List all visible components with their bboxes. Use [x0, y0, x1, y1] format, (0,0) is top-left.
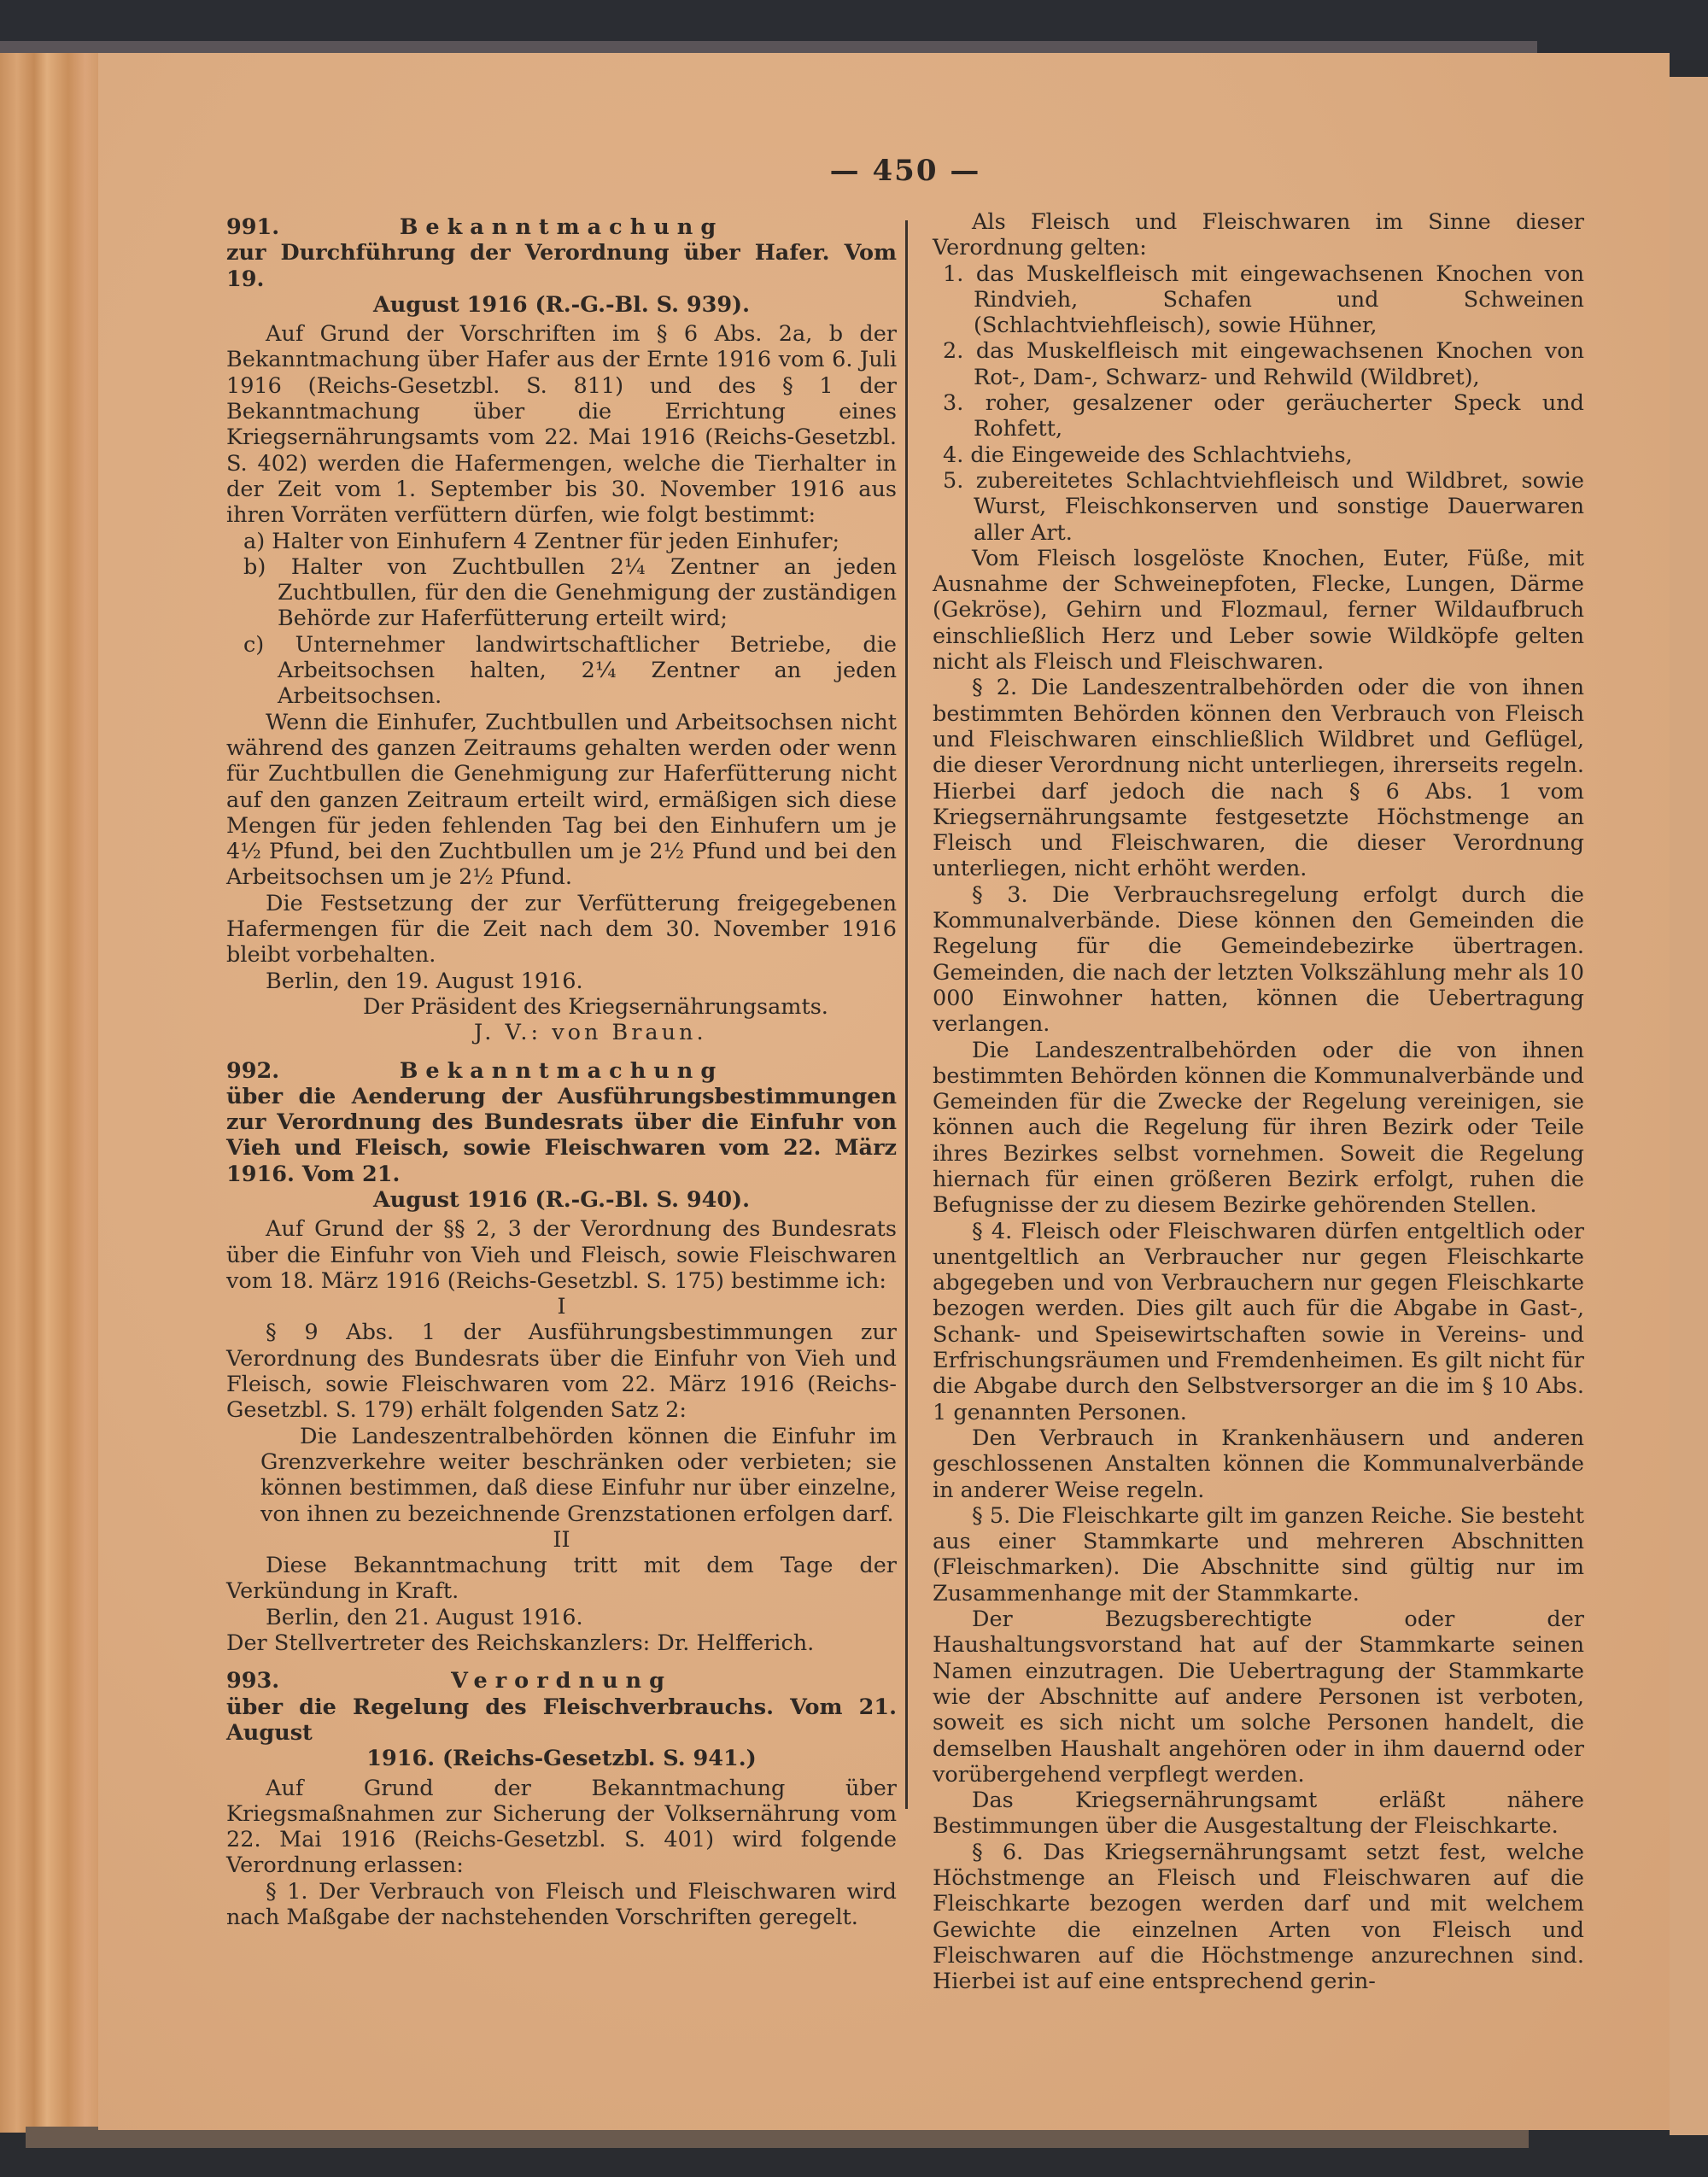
paragraph-section-2: § 2. Die Landeszentralbehörden oder die … — [933, 675, 1584, 881]
paragraph: § 9 Abs. 1 der Ausführungsbestimmungen z… — [226, 1320, 897, 1423]
quoted-sentence: Die Landeszentralbehörden können die Ein… — [226, 1424, 897, 1527]
paragraph-section-5: § 5. Die Fleischkarte gilt im ganzen Rei… — [933, 1503, 1584, 1606]
section-subtitle: über die Aenderung der Ausführungsbestim… — [226, 1084, 897, 1213]
paragraph-section-1: § 1. Der Verbrauch von Fleisch und Fleis… — [226, 1879, 897, 1931]
paragraph-section-4: § 4. Fleisch oder Fleischwaren dürfen en… — [933, 1219, 1584, 1425]
page-stack-edge — [0, 53, 102, 2133]
list-item-2: 2. das Muskelfleisch mit eingewachsenen … — [933, 338, 1584, 390]
section-number: 991. — [226, 214, 329, 240]
subtitle-line: 1916. (Reichs-Gesetzbl. S. 941.) — [226, 1746, 897, 1771]
roman-numeral: II — [226, 1527, 897, 1553]
paragraph-section-6: § 6. Das Kriegsernährungsamt setzt fest,… — [933, 1840, 1584, 1995]
list-item-c: c) Unternehmer landwirtschaftlicher Betr… — [226, 632, 897, 710]
paragraph: Wenn die Einhufer, Zuchtbullen und Arbei… — [226, 710, 897, 891]
roman-numeral: I — [226, 1294, 897, 1320]
subtitle-line: über die Regelung des Fleischverbrauchs.… — [226, 1694, 897, 1746]
subtitle-line: August 1916 (R.-G.-Bl. S. 939). — [226, 292, 897, 318]
left-column: 991. Bekanntmachung zur Durchführung der… — [226, 209, 897, 1930]
signature-role: Der Präsident des Kriegsernährungsamts. — [226, 994, 897, 1020]
paragraph: Vom Fleisch losgelöste Knochen, Euter, F… — [933, 546, 1584, 675]
section-992: 992. Bekanntmachung über die Aenderung d… — [226, 1058, 897, 1657]
list-item-1: 1. das Muskelfleisch mit eingewachsenen … — [933, 261, 1584, 339]
list-item-3: 3. roher, gesalzener oder geräucherter S… — [933, 390, 1584, 442]
facing-page-edge — [1670, 77, 1708, 2135]
signature-name: J. V.: von Braun. — [226, 1020, 897, 1045]
section-title: Verordnung — [329, 1668, 897, 1694]
section-number: 993. — [226, 1668, 329, 1694]
paragraph: Den Verbrauch in Krankenhäusern und ande… — [933, 1425, 1584, 1503]
paragraph: Auf Grund der Bekanntmachung über Kriegs… — [226, 1776, 897, 1879]
column-divider — [905, 220, 908, 1809]
section-subtitle: zur Durchführung der Verordnung über Haf… — [226, 240, 897, 318]
right-column: Als Fleisch und Fleischwaren im Sinne di… — [933, 209, 1584, 1994]
paragraph: Als Fleisch und Fleischwaren im Sinne di… — [933, 209, 1584, 261]
paragraph: Das Kriegsernährungsamt erläßt nähere Be… — [933, 1788, 1584, 1840]
section-993: 993. Verordnung über die Regelung des Fl… — [226, 1668, 897, 1930]
paragraph: Der Bezugsberechtigte oder der Haushaltu… — [933, 1606, 1584, 1788]
paragraph: Auf Grund der §§ 2, 3 der Verordnung des… — [226, 1216, 897, 1294]
subtitle-line: August 1916 (R.-G.-Bl. S. 940). — [226, 1187, 897, 1213]
paragraph-section-3: § 3. Die Verbrauchsregelung erfolgt durc… — [933, 882, 1584, 1038]
list-item-a: a) Halter von Einhufern 4 Zentner für je… — [226, 529, 897, 554]
subtitle-line: über die Aenderung der Ausführungsbestim… — [226, 1084, 897, 1187]
page-number: — 450 — — [820, 154, 991, 188]
paragraph: Die Landeszentralbehörden oder die von i… — [933, 1038, 1584, 1219]
list-item-4: 4. die Eingeweide des Schlachtviehs, — [933, 442, 1584, 468]
section-991: 991. Bekanntmachung zur Durchführung der… — [226, 214, 897, 1046]
paragraph: Auf Grund der Vorschriften im § 6 Abs. 2… — [226, 321, 897, 528]
paragraph: Diese Bekanntmachung tritt mit dem Tage … — [226, 1553, 897, 1605]
section-number: 992. — [226, 1058, 329, 1084]
section-title: Bekanntmachung — [329, 1058, 897, 1084]
signature: Der Stellvertreter des Reichskanzlers: D… — [226, 1630, 897, 1656]
section-title: Bekanntmachung — [329, 214, 897, 240]
list-item-5: 5. zubereitetes Schlachtviehfleisch und … — [933, 468, 1584, 546]
place-date: Berlin, den 21. August 1916. — [226, 1605, 897, 1630]
list-item-b: b) Halter von Zuchtbullen 2¼ Zentner an … — [226, 554, 897, 632]
paragraph: Die Festsetzung der zur Verfütterung fre… — [226, 891, 897, 969]
place-date: Berlin, den 19. August 1916. — [226, 969, 897, 994]
subtitle-line: zur Durchführung der Verordnung über Haf… — [226, 240, 897, 291]
section-subtitle: über die Regelung des Fleischverbrauchs.… — [226, 1694, 897, 1772]
